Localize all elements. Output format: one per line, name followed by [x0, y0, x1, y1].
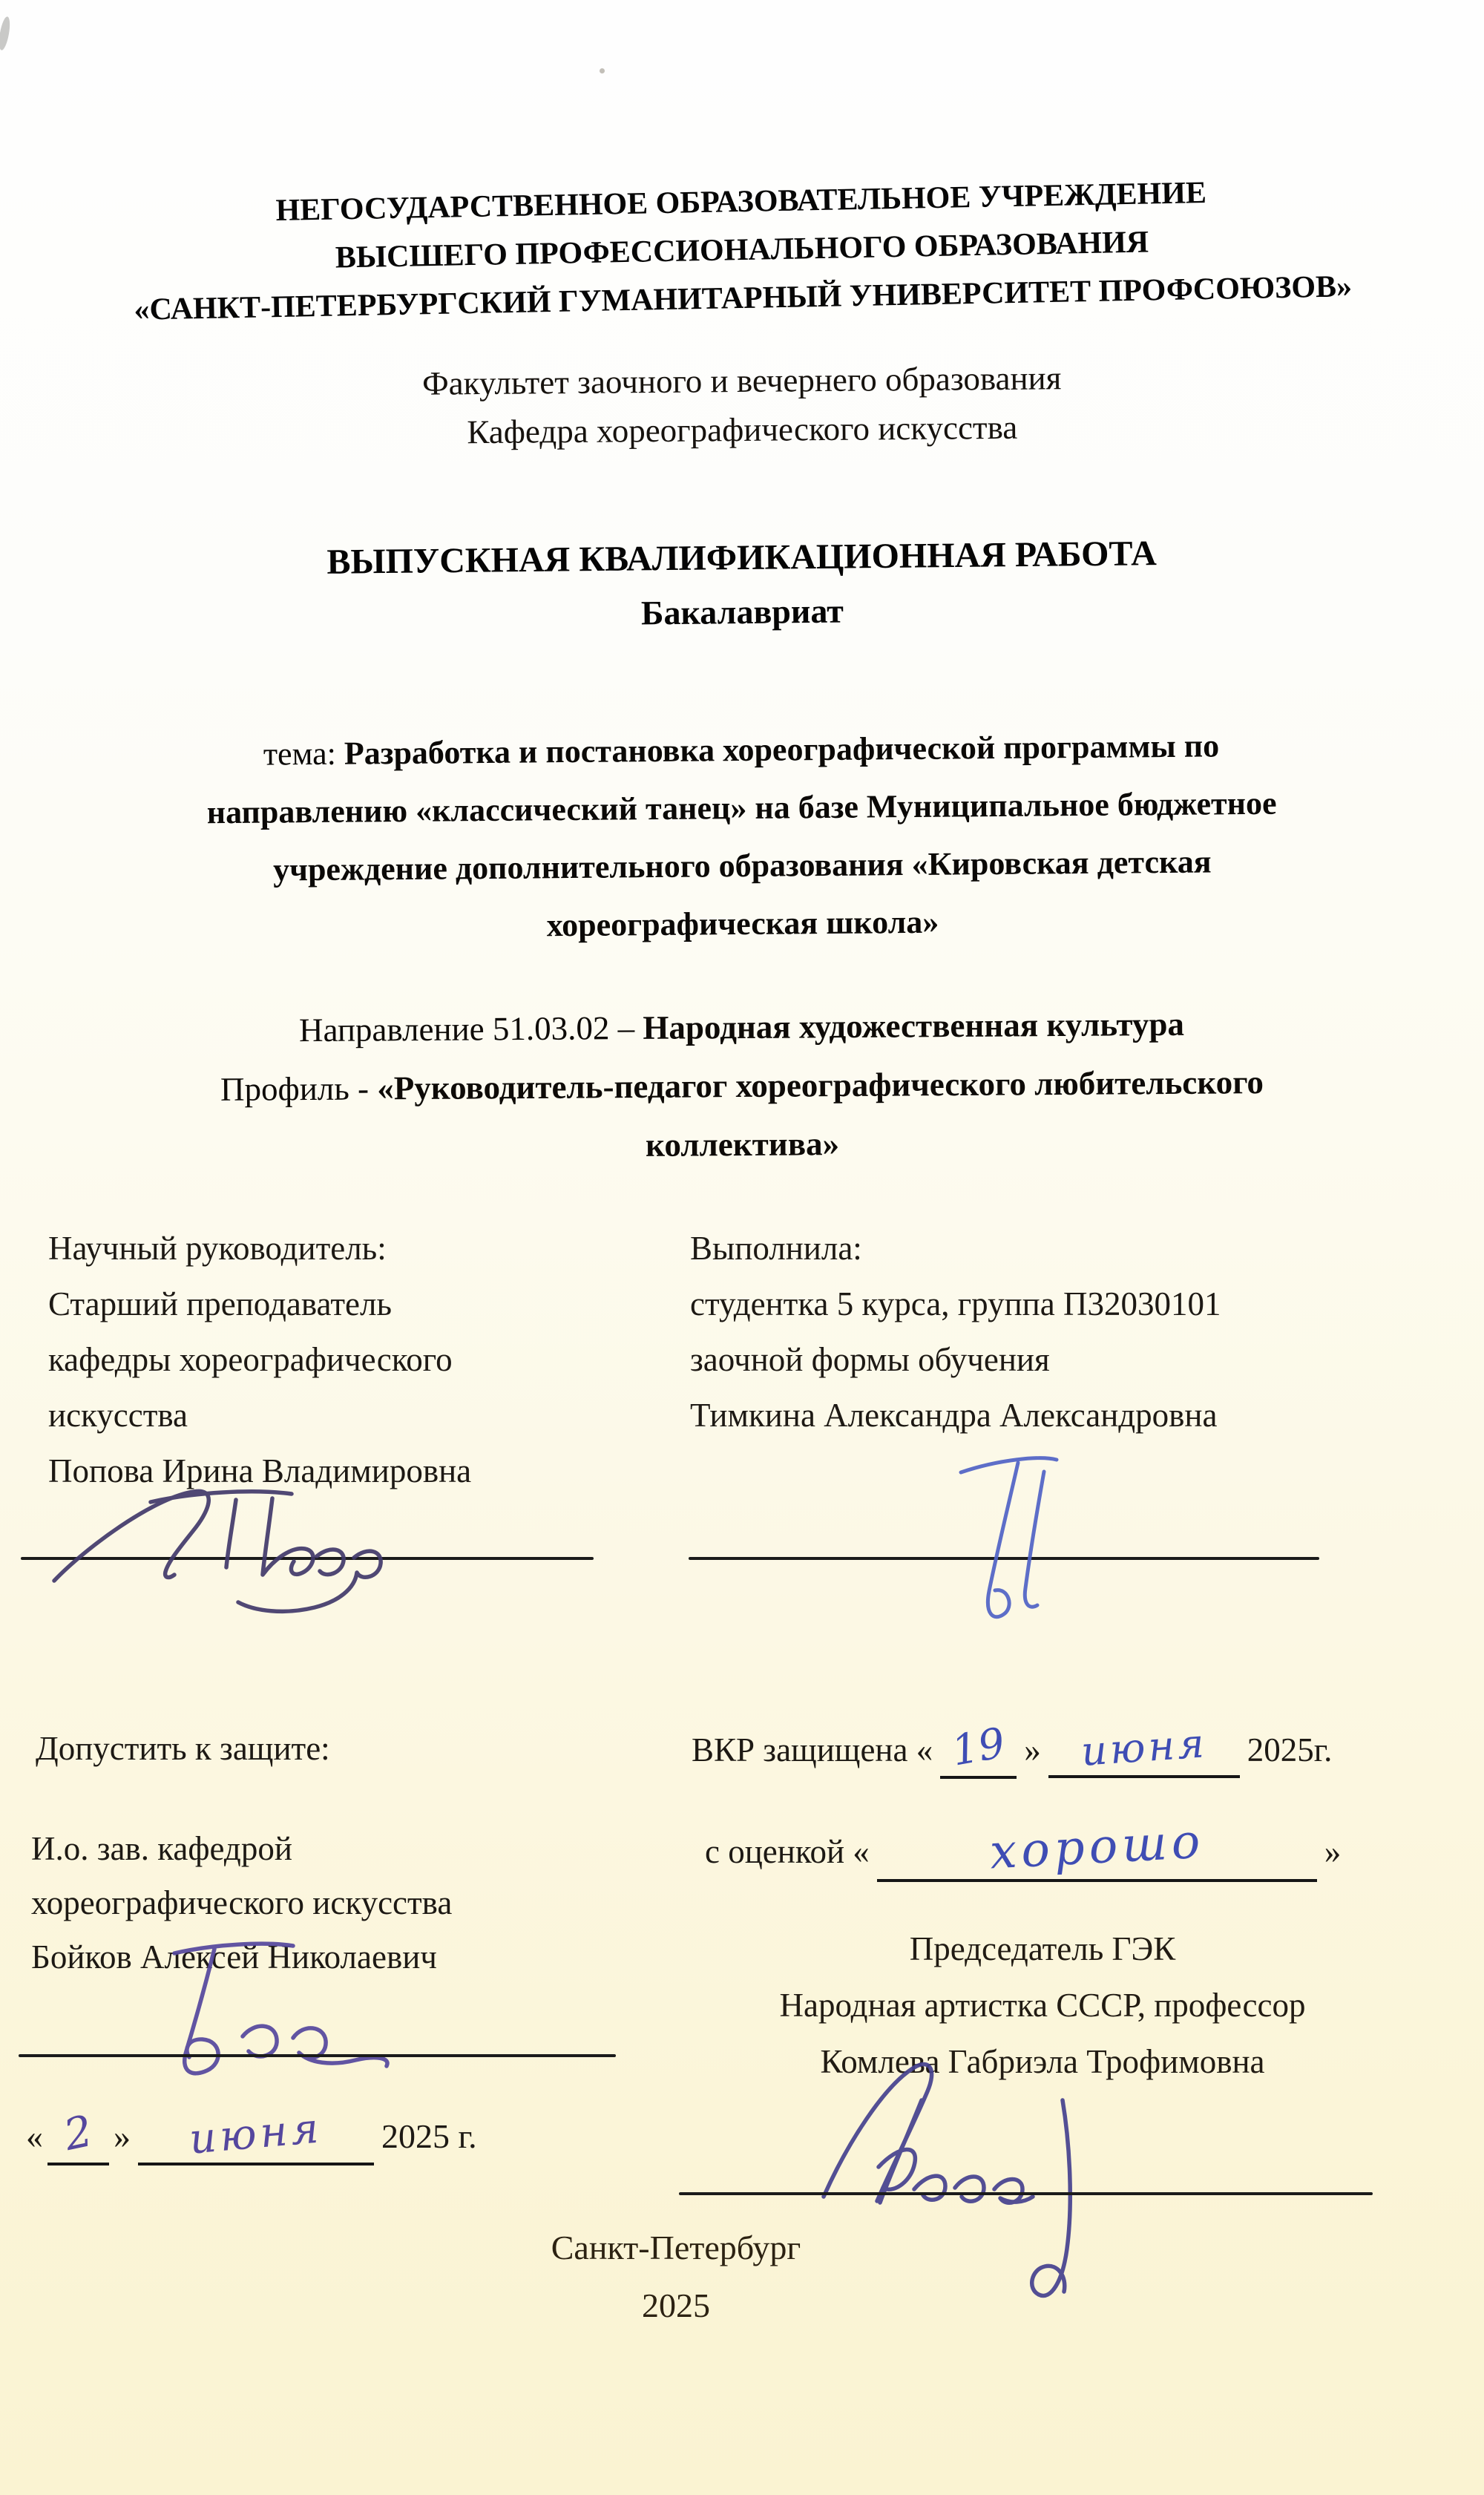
- acting-head-position-1: И.о. зав. кафедрой: [31, 1822, 669, 1876]
- footer-year: 2025: [0, 2277, 1352, 2335]
- supervisor-position-2: кафедры хореографического: [48, 1332, 672, 1388]
- supervisor-title: Научный руководитель:: [48, 1221, 672, 1276]
- acting-head-position-2: хореографического искусства: [31, 1876, 669, 1930]
- supervisor-signature: [41, 1468, 456, 1631]
- defense-month-underline: июня: [1048, 1724, 1240, 1778]
- defense-date-line: ВКР защищена «19»июня2025г.: [692, 1723, 1332, 1779]
- grade-underline: хорошо: [877, 1820, 1317, 1882]
- student-title: Выполнила:: [690, 1221, 1447, 1276]
- admission-month-underline: июня: [138, 2110, 374, 2165]
- grade-prefix: с оценкой «: [705, 1833, 870, 1870]
- admission-year: 2025 г.: [381, 2117, 477, 2155]
- head-signature: [19, 1938, 493, 2083]
- supervisor-position-1: Старший преподаватель: [48, 1276, 672, 1332]
- theme-text-4: хореографическая школа»: [60, 889, 1426, 959]
- admission-date-close-quote: »: [114, 2117, 131, 2155]
- faculty-department-block: Факультет заочного и вечернего образован…: [0, 350, 1484, 460]
- defense-day-underline: 19: [940, 1723, 1017, 1779]
- footer-block: Санкт-Петербург 2025: [0, 2219, 1352, 2335]
- grade-handwritten: хорошо: [988, 1814, 1206, 1880]
- chairman-title: Председатель ГЭК: [705, 1921, 1380, 1977]
- chairman-rank: Народная артистка СССР, профессор: [705, 1977, 1380, 2033]
- profile-line: Профиль - «Руководитель-педагог хореогра…: [0, 1052, 1484, 1121]
- scan-speck-top-center: [600, 68, 605, 73]
- scan-smudge-top-left: [0, 16, 12, 50]
- student-name: Тимкина Александра Александровна: [690, 1388, 1447, 1443]
- thesis-theme: тема: Разработка и постановка хореографи…: [59, 715, 1426, 959]
- theme-text-1: Разработка и постановка хореографической…: [344, 727, 1220, 771]
- defense-prefix: ВКР защищена «: [692, 1731, 933, 1768]
- direction-profile-block: Направление 51.03.02 – Народная художест…: [0, 993, 1484, 1179]
- supervisor-position-3: искусства: [48, 1388, 672, 1443]
- work-type-block: ВЫПУСКНАЯ КВАЛИФИКАЦИОННАЯ РАБОТА Бакала…: [0, 523, 1484, 647]
- profile-value-2: коллектива»: [0, 1110, 1484, 1179]
- theme-label: тема:: [263, 735, 336, 773]
- student-info-2: заочной формы обучения: [690, 1332, 1447, 1388]
- direction-value: Народная художественная культура: [643, 1006, 1184, 1046]
- admission-label: Допустить к защите:: [36, 1729, 330, 1768]
- theme-text-2: направлению «классический танец» на базе…: [59, 773, 1425, 843]
- admission-day-underline: 2: [47, 2108, 109, 2165]
- defense-day-handwritten: 19: [948, 1719, 1008, 1775]
- supervisor-block: Научный руководитель: Старший преподават…: [48, 1221, 672, 1499]
- direction-line: Направление 51.03.02 – Народная художест…: [0, 993, 1484, 1062]
- university-name: НЕГОСУДАРСТВЕННОЕ ОБРАЗОВАТЕЛЬНОЕ УЧРЕЖД…: [0, 164, 1484, 337]
- admission-date-line: «2»июня2025 г.: [26, 2108, 477, 2165]
- direction-label: Направление 51.03.02 –: [299, 1009, 634, 1049]
- chairman-signature-line: [679, 2192, 1373, 2195]
- admission-day-handwritten: 2: [59, 2105, 96, 2160]
- grade-line: с оценкой «хорошо»: [705, 1820, 1341, 1882]
- grade-suffix: »: [1324, 1833, 1342, 1870]
- footer-city: Санкт-Петербург: [0, 2219, 1352, 2277]
- admission-month-handwritten: июня: [188, 2104, 324, 2163]
- defense-month-handwritten: июня: [1080, 1719, 1209, 1775]
- profile-value-1: «Руководитель-педагог хореографического …: [377, 1063, 1264, 1106]
- admission-date-open-quote: «: [26, 2117, 43, 2155]
- defense-close-quote: »: [1024, 1731, 1041, 1768]
- student-signature: [927, 1449, 1098, 1623]
- student-block: Выполнила: студентка 5 курса, группа П32…: [690, 1221, 1447, 1443]
- thesis-title-page: НЕГОСУДАРСТВЕННОЕ ОБРАЗОВАТЕЛЬНОЕ УЧРЕЖД…: [0, 0, 1484, 2495]
- student-info-1: студентка 5 курса, группа П32030101: [690, 1276, 1447, 1332]
- profile-label: Профиль -: [220, 1070, 369, 1108]
- head-signature-line: [19, 2054, 616, 2057]
- defense-year: 2025г.: [1247, 1731, 1333, 1768]
